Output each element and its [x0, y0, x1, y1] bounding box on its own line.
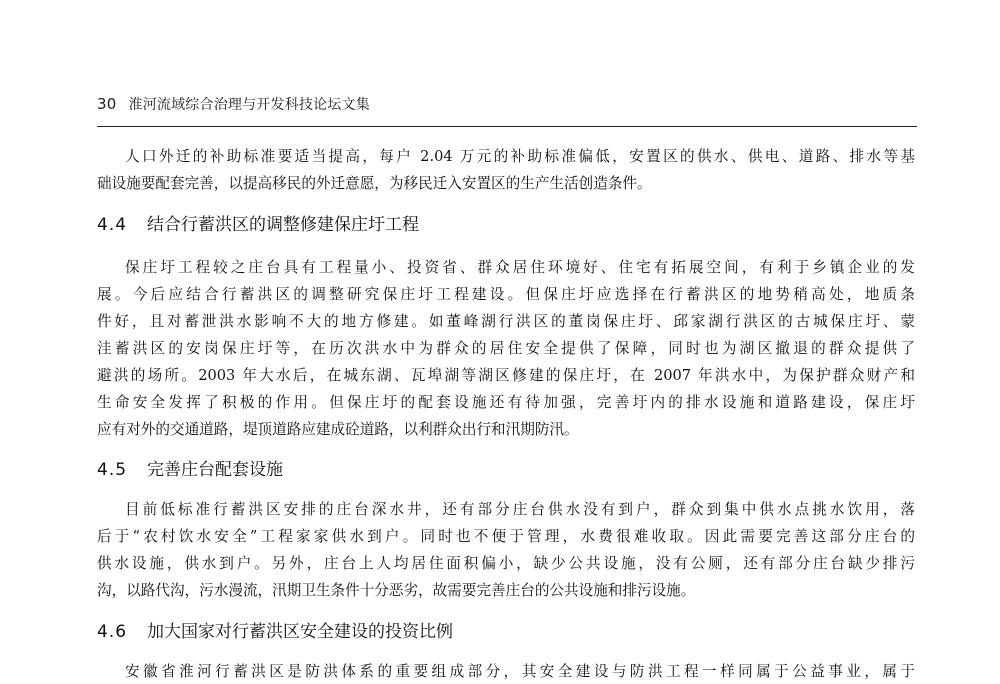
section-number: 4.6	[97, 621, 147, 643]
section-title: 加大国家对行蓄洪区安全建设的投资比例	[147, 621, 453, 643]
header-rule-divider	[97, 126, 917, 127]
section-title: 完善庄台配套设施	[147, 459, 283, 481]
book-title: 淮河流域综合治理与开发科技论坛文集	[129, 94, 370, 114]
paragraph-line: 展。今后应结合行蓄洪区的调整研究保庄圩工程建设。但保庄圩应选择在行蓄洪区的地势稍…	[97, 285, 915, 305]
paragraph-line: 件好，且对蓄泄洪水影响不大的地方修建。如董峰湖行洪区的董岗保庄圩、邱家湖行洪区的…	[97, 312, 915, 332]
section-heading-4-6: 4.6 加大国家对行蓄洪区安全建设的投资比例	[97, 621, 453, 643]
page-number: 30	[97, 95, 117, 113]
document-page: 30 淮河流域综合治理与开发科技论坛文集 人口外迁的补助标准要适当提高，每户 2…	[0, 0, 1000, 684]
section-heading-4-4: 4.4 结合行蓄洪区的调整修建保庄圩工程	[97, 214, 419, 236]
section-heading-4-5: 4.5 完善庄台配套设施	[97, 459, 283, 481]
paragraph-line: 避洪的场所。2003 年大水后，在城东湖、瓦埠湖等湖区修建的保庄圩，在 2007…	[97, 366, 915, 386]
paragraph-line: 保庄圩工程较之庄台具有工程量小、投资省、群众居住环境好、住宅有拓展空间，有利于乡…	[125, 258, 915, 278]
running-header: 30 淮河流域综合治理与开发科技论坛文集	[97, 94, 917, 116]
section-title: 结合行蓄洪区的调整修建保庄圩工程	[147, 214, 419, 236]
paragraph-line: 后于“农村饮水安全”工程家家供水到户。同时也不便于管理，水费很难收取。因此需要完…	[97, 527, 915, 547]
section-number: 4.5	[97, 459, 147, 481]
paragraph-line: 目前低标准行蓄洪区安排的庄台深水井，还有部分庄台供水没有到户，群众到集中供水点挑…	[125, 500, 915, 520]
paragraph-line: 应有对外的交通道路，堤顶道路应建成砼道路，以利群众出行和汛期防汛。	[97, 420, 915, 440]
section-number: 4.4	[97, 214, 147, 236]
paragraph-line: 安徽省淮河行蓄洪区是防洪体系的重要组成部分，其安全建设与防洪工程一样同属于公益事…	[125, 662, 915, 682]
paragraph-line: 供水设施，供水到户。另外，庄台上人均居住面积偏小，缺少公共设施，没有公厕，还有部…	[97, 554, 915, 574]
paragraph-line: 人口外迁的补助标准要适当提高，每户 2.04 万元的补助标准偏低，安置区的供水、…	[125, 147, 915, 167]
paragraph-line: 础设施要配套完善，以提高移民的外迁意愿，为移民迁入安置区的生产生活创造条件。	[97, 174, 915, 194]
paragraph-line: 沟，以路代沟，污水漫流，汛期卫生条件十分恶劣，故需要完善庄台的公共设施和排污设施…	[97, 581, 915, 601]
paragraph-line: 洼蓄洪区的安岗保庄圩等，在历次洪水中为群众的居住安全提供了保障，同时也为湖区撤退…	[97, 339, 915, 359]
paragraph-line: 生命安全发挥了积极的作用。但保庄圩的配套设施还有待加强，完善圩内的排水设施和道路…	[97, 393, 915, 413]
